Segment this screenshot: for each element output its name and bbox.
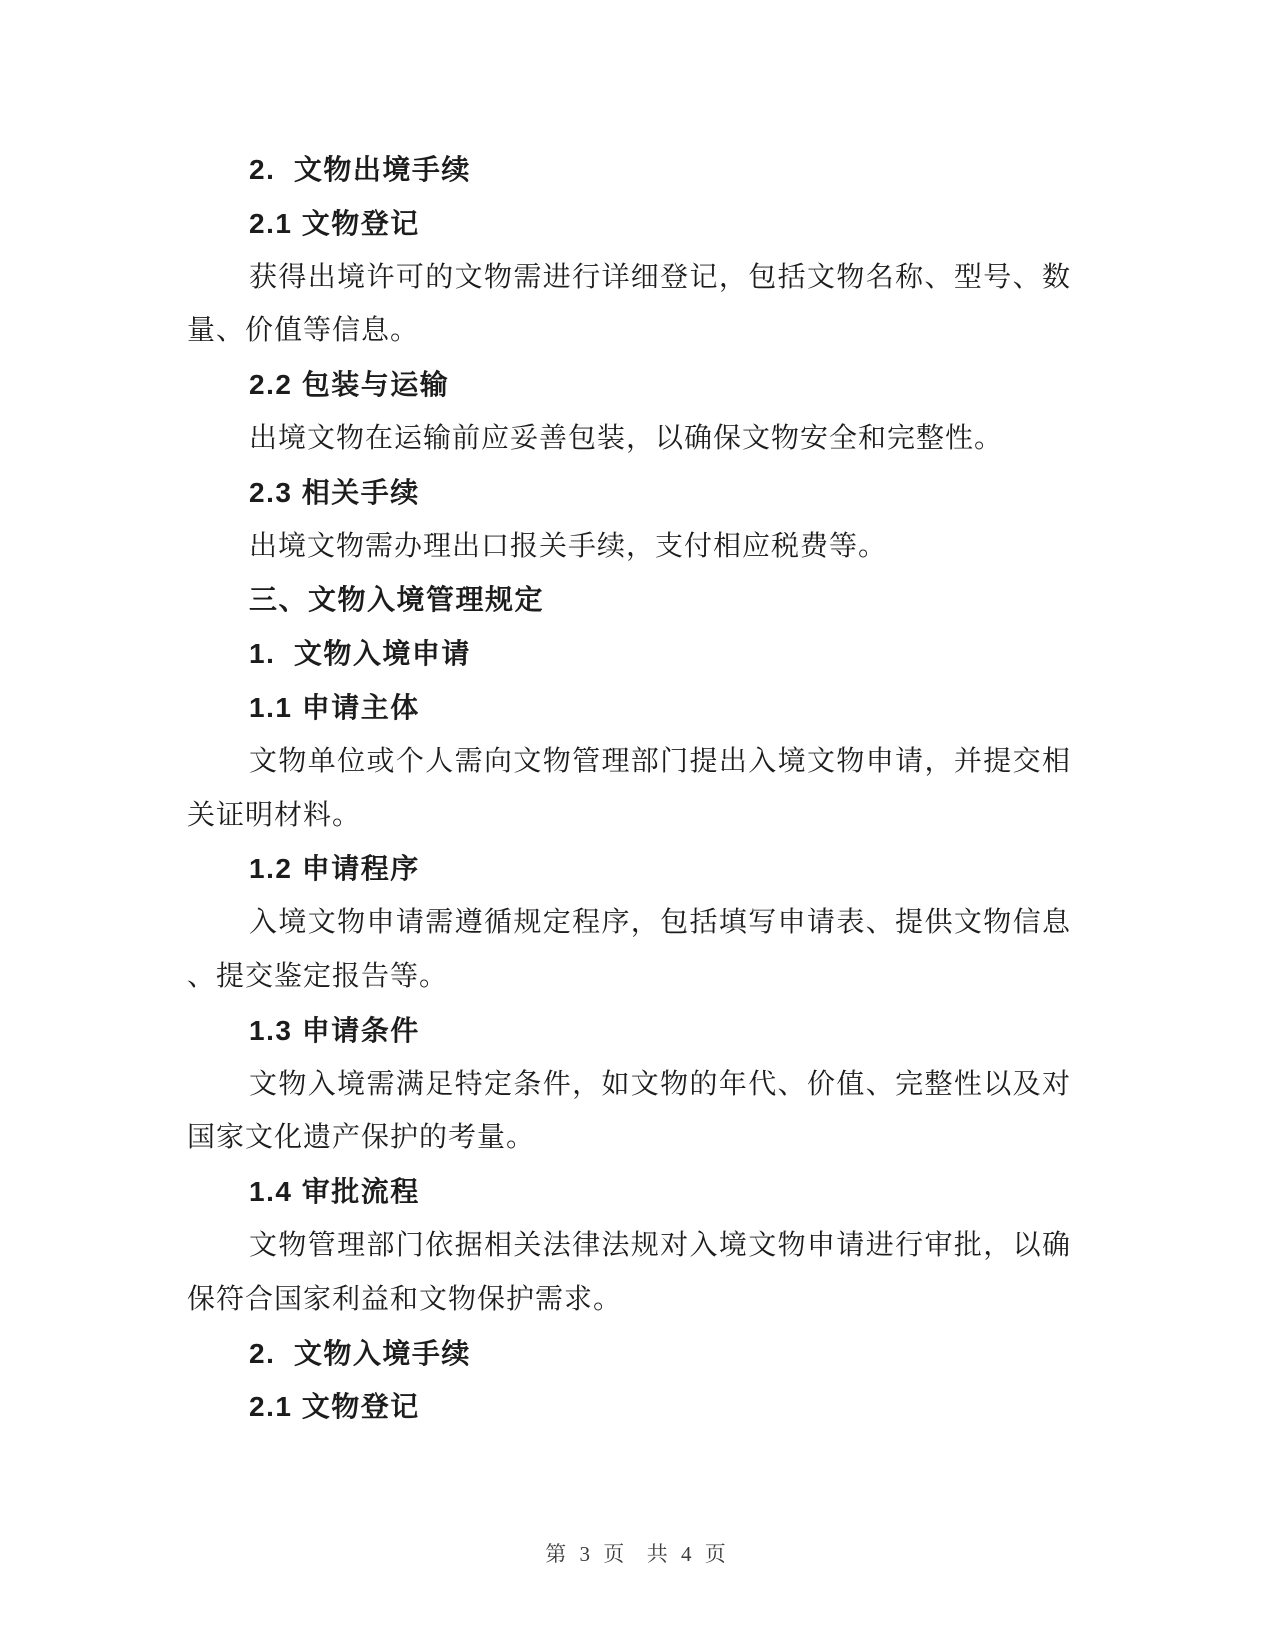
body-line: 文物入境需满足特定条件，如文物的年代、价值、完整性以及对 <box>187 1058 1070 1112</box>
body-line: 入境文物申请需遵循规定程序，包括填写申请表、提供文物信息 <box>187 896 1070 950</box>
document-page: 2. 文物出境手续2.1 文物登记获得出境许可的文物需进行详细登记，包括文物名称… <box>0 0 1275 1650</box>
body-line: 文物单位或个人需向文物管理部门提出入境文物申请，并提交相 <box>187 735 1070 789</box>
heading-line: 2.1 文物登记 <box>187 197 1070 251</box>
heading-line: 1.4 审批流程 <box>187 1165 1070 1219</box>
body-line: 关证明材料。 <box>187 789 1070 843</box>
heading-line: 1.2 申请程序 <box>187 842 1070 896</box>
heading-line: 2. 文物出境手续 <box>187 143 1070 197</box>
body-line: 量、价值等信息。 <box>187 304 1070 358</box>
body-line: 保符合国家利益和文物保护需求。 <box>187 1273 1070 1327</box>
body-line: 、提交鉴定报告等。 <box>187 950 1070 1004</box>
body-line: 国家文化遗产保护的考量。 <box>187 1111 1070 1165</box>
body-line: 出境文物需办理出口报关手续，支付相应税费等。 <box>187 520 1070 574</box>
heading-line: 1.1 申请主体 <box>187 681 1070 735</box>
body-line: 出境文物在运输前应妥善包装，以确保文物安全和完整性。 <box>187 412 1070 466</box>
document-body: 2. 文物出境手续2.1 文物登记获得出境许可的文物需进行详细登记，包括文物名称… <box>187 143 1070 1434</box>
body-line: 文物管理部门依据相关法律法规对入境文物申请进行审批，以确 <box>187 1219 1070 1273</box>
heading-line: 2.2 包装与运输 <box>187 358 1070 412</box>
page-footer: 第 3 页 共 4 页 <box>0 1538 1275 1568</box>
heading-line: 2.3 相关手续 <box>187 466 1070 520</box>
body-line: 获得出境许可的文物需进行详细登记，包括文物名称、型号、数 <box>187 251 1070 305</box>
heading-line: 1. 文物入境申请 <box>187 627 1070 681</box>
heading-line: 三、文物入境管理规定 <box>187 573 1070 627</box>
heading-line: 1.3 申请条件 <box>187 1004 1070 1058</box>
heading-line: 2. 文物入境手续 <box>187 1327 1070 1381</box>
heading-line: 2.1 文物登记 <box>187 1380 1070 1434</box>
